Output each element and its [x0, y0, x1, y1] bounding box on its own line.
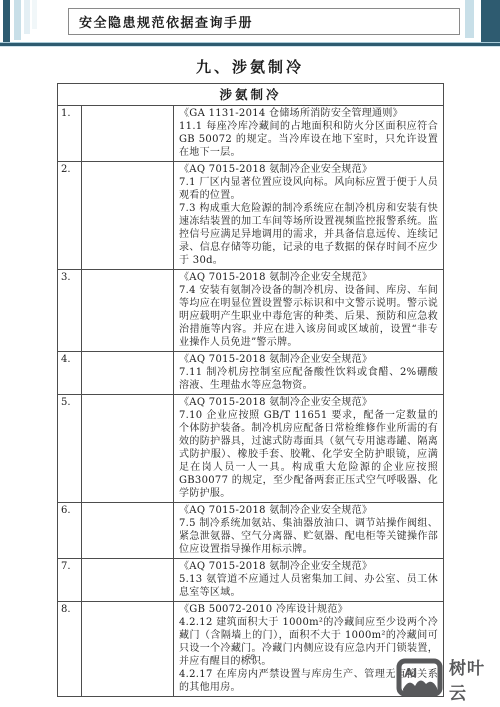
- evidence-cell-empty: [82, 270, 174, 352]
- regulation-cell: 《AQ 7015-2018 氨制冷企业安全规范》 7.10 企业应按照 GB/T…: [174, 395, 444, 503]
- decor-bar-pale-left: [24, 0, 30, 34]
- row-number: 8.: [58, 602, 82, 697]
- row-number: 1.: [58, 106, 82, 162]
- regulation-ref: 《AQ 7015-2018 氨制冷企业安全规范》: [179, 504, 438, 517]
- row-number: 7.: [58, 559, 82, 602]
- watermark: AI 树叶云: [396, 659, 500, 699]
- decor-bar-dark-right: [481, 0, 500, 42]
- regulation-ref: 《GA 1131-2014 仓储场所消防安全管理通则》: [179, 107, 438, 120]
- regulation-ref: 《AQ 7015-2018 氨制冷企业安全规范》: [179, 396, 438, 409]
- clause-text: 7.10 企业应按照 GB/T 11651 要求，配备一定数量的个体防护装备。制…: [179, 409, 438, 500]
- regulation-ref: 《AQ 7015-2018 氨制冷企业安全规范》: [179, 163, 438, 176]
- table-row: 6. 《AQ 7015-2018 氨制冷企业安全规范》 7.5 制冷系统加氨站、…: [58, 503, 444, 559]
- table-row: 5. 《AQ 7015-2018 氨制冷企业安全规范》 7.10 企业应按照 G…: [58, 395, 444, 503]
- document-page: 安全隐患规范依据查询手册 九、涉氨制冷 涉氨制冷 1. 《GA 1131-201…: [0, 0, 500, 707]
- regulation-ref: 《AQ 7015-2018 氨制冷企业安全规范》: [179, 560, 438, 573]
- regulation-ref: 《GB 50072-2010 冷库设计规范》: [179, 603, 438, 616]
- regulation-cell: 《AQ 7015-2018 氨制冷企业安全规范》 7.1 厂区内显著位置应设风向…: [174, 162, 444, 270]
- ai-image-icon: AI: [396, 658, 443, 701]
- regulation-cell: 《AQ 7015-2018 氨制冷企业安全规范》 7.5 制冷系统加氨站、集油器…: [174, 503, 444, 559]
- row-number: 6.: [58, 503, 82, 559]
- header-divider-rule: [0, 42, 500, 47]
- evidence-cell-empty: [82, 559, 174, 602]
- svg-text:AI: AI: [404, 665, 417, 680]
- regulation-table-body: 涉氨制冷 1. 《GA 1131-2014 仓储场所消防安全管理通则》 11.1…: [58, 84, 444, 697]
- clause-text: 11.1 每座冷库冷藏间的占地面积和防火分区面积应符合 GB 50072 的规定…: [179, 120, 438, 159]
- evidence-cell-empty: [82, 162, 174, 270]
- row-number: 3.: [58, 270, 82, 352]
- regulation-ref: 《AQ 7015-2018 氨制冷企业安全规范》: [179, 271, 438, 284]
- regulation-cell: 《AQ 7015-2018 氨制冷企业安全规范》 5.13 氨管道不应通过人员密…: [174, 559, 444, 602]
- regulation-cell: 《AQ 7015-2018 氨制冷企业安全规范》 7.4 安装有氨制冷设备的制冷…: [174, 270, 444, 352]
- section-title: 九、涉氨制冷: [0, 56, 500, 77]
- clause-text: 7.1 厂区内显著位置应设风向标。风向标应置于便于人员观看的位置。: [179, 176, 438, 202]
- row-number: 5.: [58, 395, 82, 503]
- row-number: 4.: [58, 352, 82, 395]
- regulation-cell: 《AQ 7015-2018 氨制冷企业安全规范》 7.11 制冷机房控制室应配备…: [174, 352, 444, 395]
- table-header-row: 涉氨制冷: [58, 84, 444, 106]
- clause-text: 7.4 安装有氨制冷设备的制冷机房、设备间、库房、车间等均应在明显位置设置警示标…: [179, 284, 438, 349]
- table-row: 7. 《AQ 7015-2018 氨制冷企业安全规范》 5.13 氨管道不应通过…: [58, 559, 444, 602]
- decor-bar-dark-left: [3, 0, 10, 47]
- clause-text: 7.11 制冷机房控制室应配备酸性饮料或食醋、2%硼酸溶液、生理盐水等应急物资。: [179, 366, 438, 392]
- table-header: 涉氨制冷: [58, 84, 444, 106]
- regulation-ref: 《AQ 7015-2018 氨制冷企业安全规范》: [179, 353, 438, 366]
- page-content: 九、涉氨制冷 涉氨制冷 1. 《GA 1131-2014 仓储场所消防安全管理通…: [0, 0, 500, 697]
- manual-title-box: 安全隐患规范依据查询手册: [68, 8, 460, 35]
- table-row: 3. 《AQ 7015-2018 氨制冷企业安全规范》 7.4 安装有氨制冷设备…: [58, 270, 444, 352]
- regulation-table: 涉氨制冷 1. 《GA 1131-2014 仓储场所消防安全管理通则》 11.1…: [57, 83, 444, 697]
- watermark-brand: 树叶云: [449, 654, 500, 704]
- row-number: 2.: [58, 162, 82, 270]
- clause-text: 7.5 制冷系统加氨站、集油器放油口、调节站操作阀组、紧急泄氨器、空气分离器、贮…: [179, 517, 438, 556]
- manual-title: 安全隐患规范依据查询手册: [79, 12, 253, 31]
- table-row: 1. 《GA 1131-2014 仓储场所消防安全管理通则》 11.1 每座冷库…: [58, 106, 444, 162]
- regulation-cell: 《GA 1131-2014 仓储场所消防安全管理通则》 11.1 每座冷库冷藏间…: [174, 106, 444, 162]
- evidence-cell-empty: [82, 106, 174, 162]
- evidence-cell-empty: [82, 602, 174, 697]
- evidence-cell-empty: [82, 352, 174, 395]
- table-row: 4. 《AQ 7015-2018 氨制冷企业安全规范》 7.11 制冷机房控制室…: [58, 352, 444, 395]
- evidence-cell-empty: [82, 503, 174, 559]
- decor-bar-light-right: [465, 0, 474, 38]
- table-row: 8. 《GB 50072-2010 冷库设计规范》 4.2.12 建筑面积大于 …: [58, 602, 444, 697]
- clause-text: 5.13 氨管道不应通过人员密集加工间、办公室、员工休息室等区域。: [179, 573, 438, 599]
- evidence-cell-empty: [82, 395, 174, 503]
- clause-text: 7.3 构成重大危险源的制冷系统应在制冷机房和安装有快速冻结装置的加工车间等场所…: [179, 202, 438, 267]
- table-row: 2. 《AQ 7015-2018 氨制冷企业安全规范》 7.1 厂区内显著位置应…: [58, 162, 444, 270]
- decor-bar-pale2-left: [32, 0, 37, 29]
- decor-bar-light-left: [14, 0, 21, 40]
